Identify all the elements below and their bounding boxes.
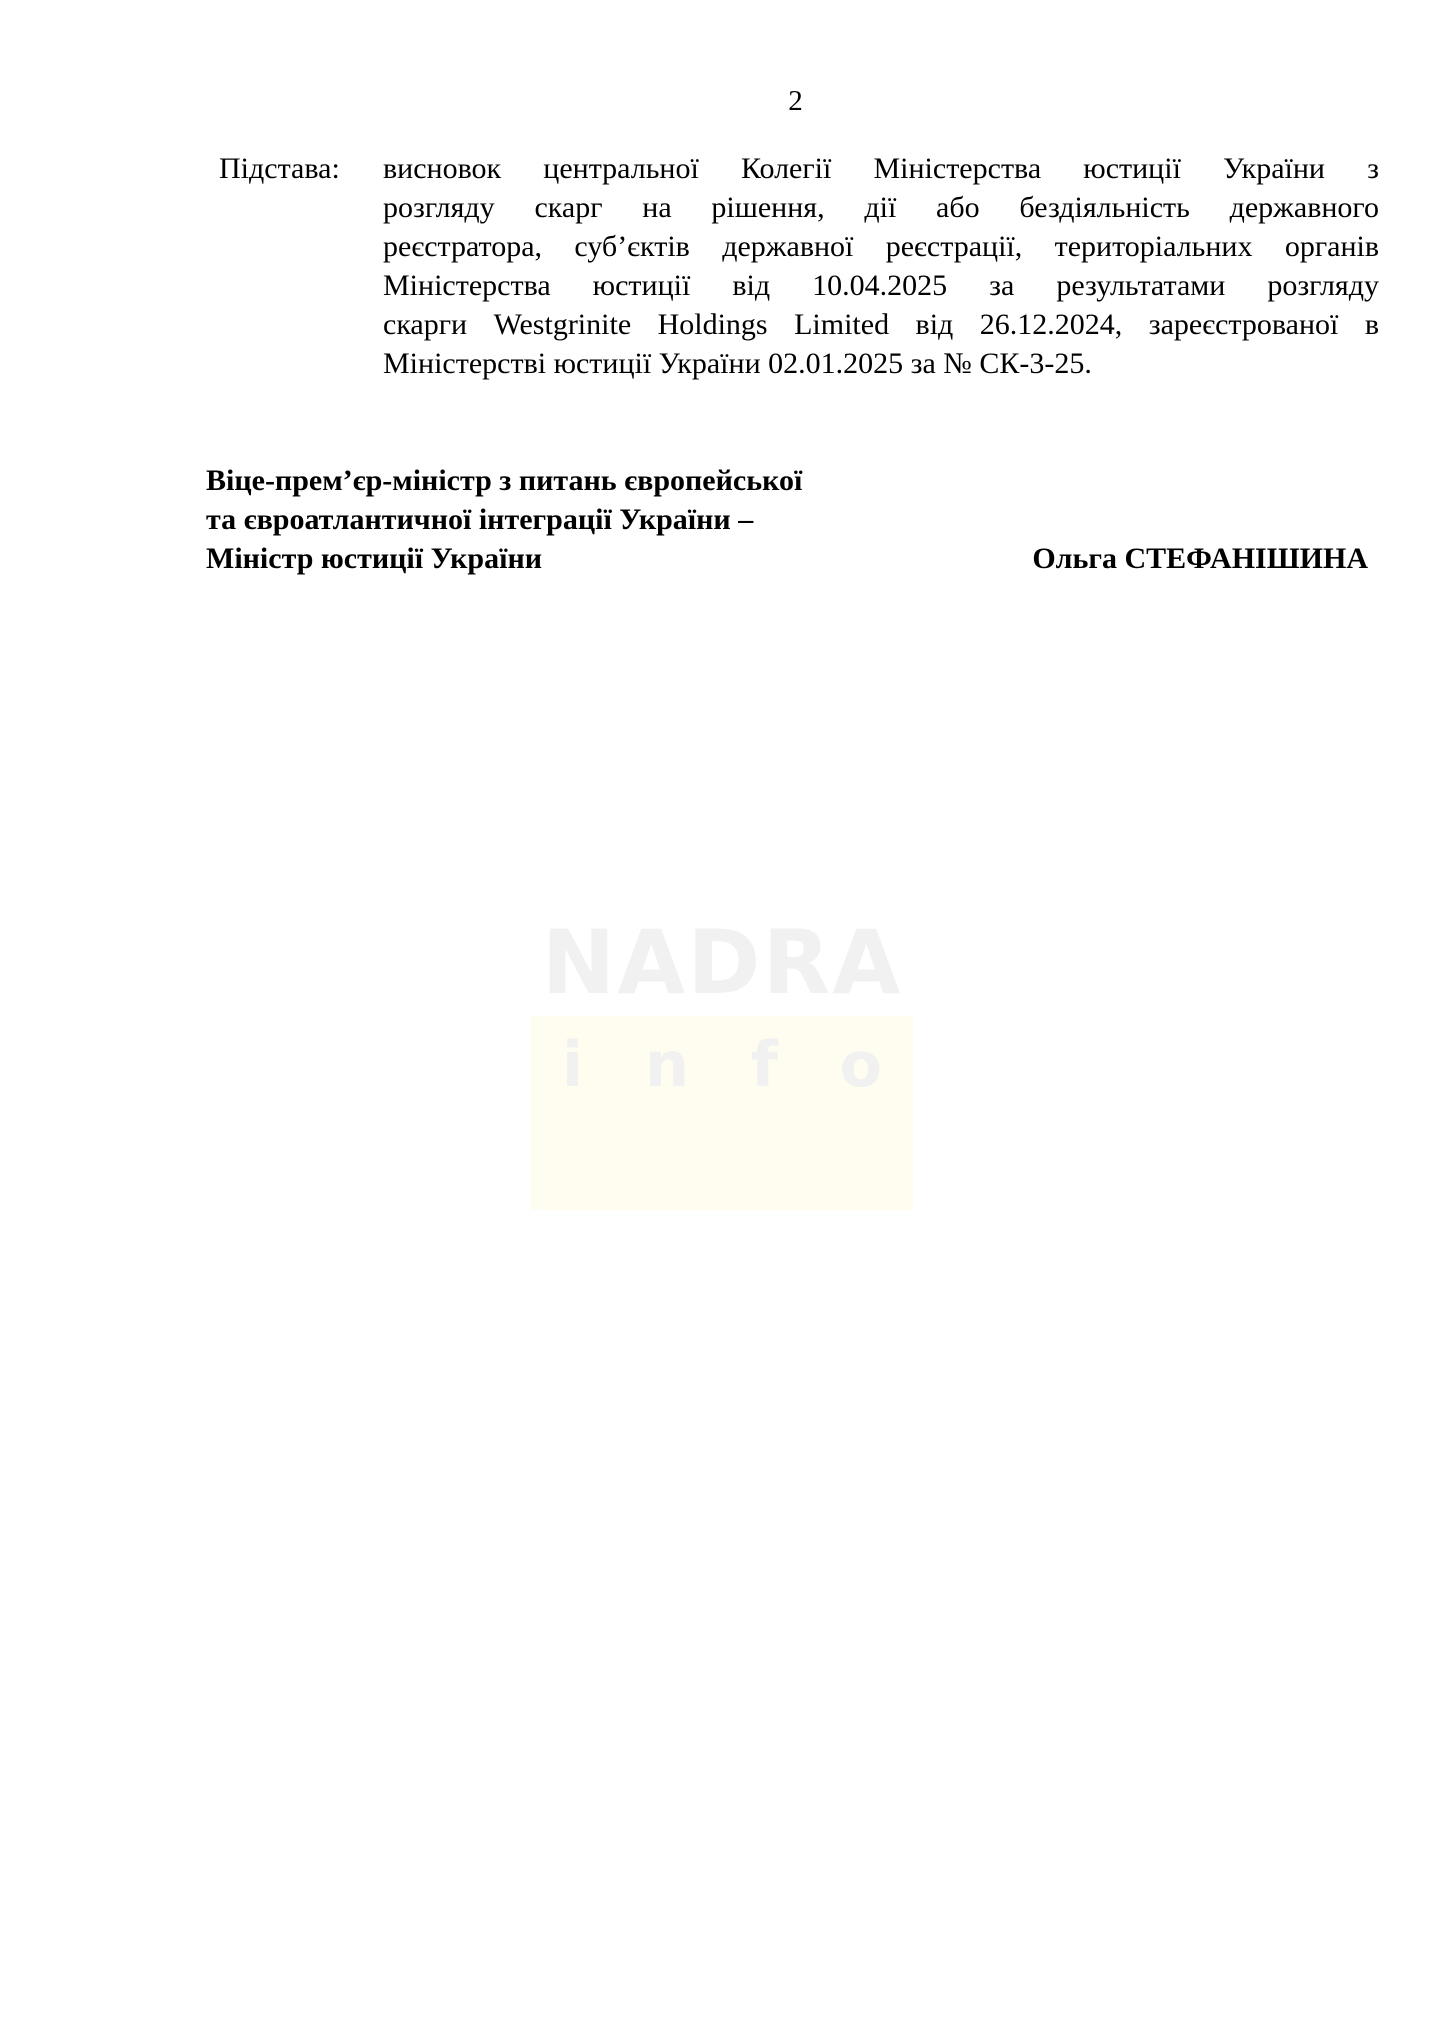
basis-section: Підстава: висновок центральної Колегії М…: [219, 149, 1379, 383]
basis-line: Міністерстві юстиції України 02.01.2025 …: [383, 344, 1379, 383]
basis-text: висновок центральної Колегії Міністерств…: [383, 149, 1379, 383]
watermark: NADRA i n f o: [531, 918, 913, 1210]
watermark-letter: n: [645, 1032, 689, 1098]
signature-block: Віце-прем’єр-міністр з питань європейськ…: [206, 461, 1368, 578]
watermark-subtext: i n f o: [531, 1032, 913, 1098]
basis-line: висновок центральної Колегії Міністерств…: [383, 149, 1379, 188]
watermark-letter: f: [751, 1032, 778, 1098]
basis-line: Міністерства юстиції від 10.04.2025 за р…: [383, 266, 1379, 305]
signatory-title-line: Віце-прем’єр-міністр з питань європейськ…: [206, 461, 1368, 500]
basis-label: Підстава:: [219, 149, 340, 188]
watermark-box: i n f o: [531, 1016, 913, 1210]
signatory-title-line: та євроатлантичної інтеграції України –: [206, 500, 1368, 539]
basis-line: реєстратора, суб’єктів державної реєстра…: [383, 227, 1379, 266]
basis-line: розгляду скарг на рішення, дії або безді…: [383, 188, 1379, 227]
page-number: 2: [0, 84, 1443, 118]
watermark-letter: o: [840, 1032, 883, 1098]
signatory-name: Ольга СТЕФАНІШИНА: [1032, 539, 1368, 578]
watermark-logo-text: NADRA: [531, 918, 913, 1014]
basis-line: скарги Westgrinite Holdings Limited від …: [383, 305, 1379, 344]
watermark-letter: i: [562, 1032, 583, 1098]
